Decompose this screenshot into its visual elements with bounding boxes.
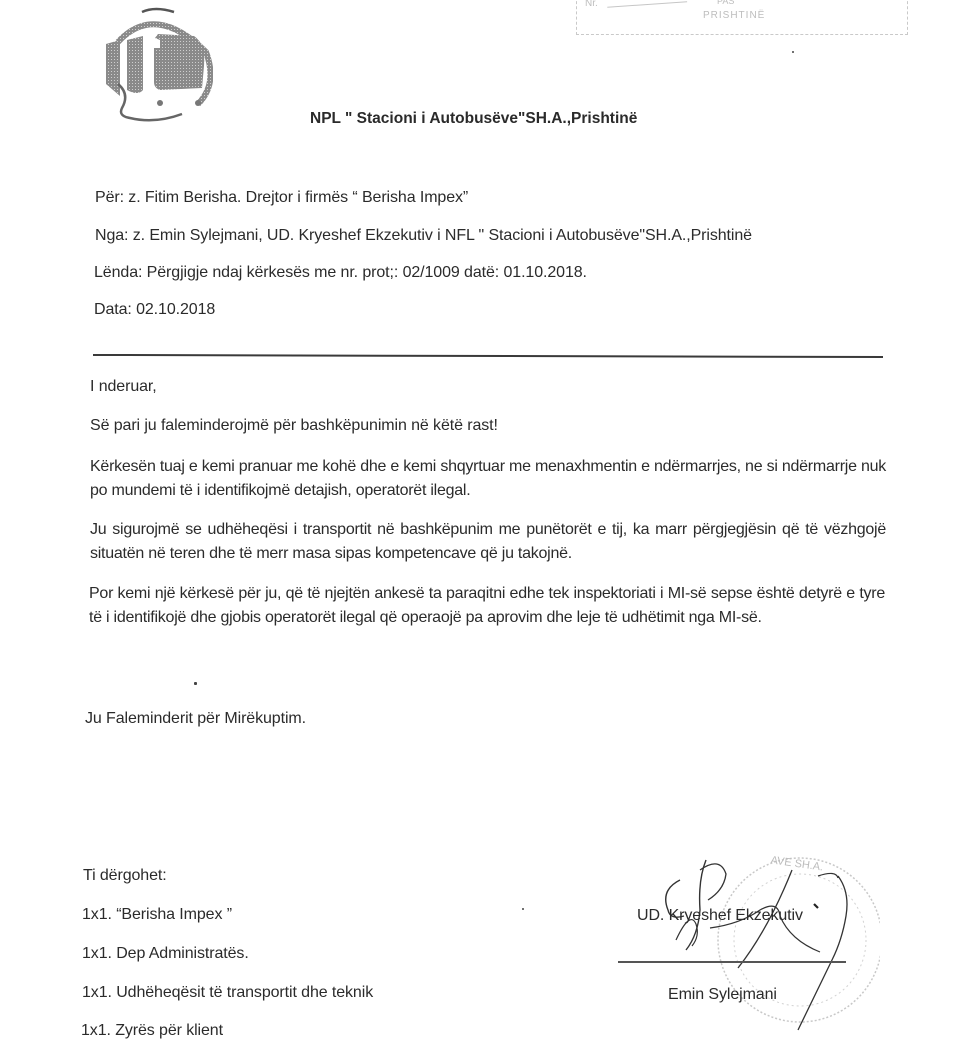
signatory-name: Emin Sylejmani — [668, 985, 777, 1005]
body-paragraph-2: Kërkesën tuaj e kemi pranuar me kohë dhe… — [90, 455, 886, 503]
body-paragraph-3: Ju sigurojmë se udhëheqësi i transportit… — [90, 518, 886, 566]
registry-city: PRISHTINË — [703, 10, 765, 21]
bus-station-logo-icon — [98, 4, 213, 124]
scan-speck — [194, 682, 197, 685]
closing-line: Ju Faleminderit për Mirëkuptim. — [85, 709, 306, 729]
distribution-item: 1x1. Udhëheqësit të transportit dhe tekn… — [82, 983, 373, 1003]
registry-handwriting — [607, 0, 687, 8]
distribution-item: 1x1. “Berisha Impex ” — [82, 905, 232, 925]
sender-line: Nga: z. Emin Sylejmani, UD. Kryeshef Ekz… — [95, 226, 752, 246]
header-separator — [93, 354, 883, 358]
svg-text:AVE SH.A.: AVE SH.A. — [770, 854, 824, 873]
signature-line — [618, 961, 846, 963]
signature-and-seal-icon: AVE SH.A. — [600, 840, 880, 1040]
registry-stamp: Nr. PAS PRISHTINË — [576, 0, 908, 35]
signatory-title: UD. Kryeshef Ekzekutiv — [637, 906, 803, 926]
distribution-item: 1x1. Zyrës për klient — [81, 1021, 223, 1041]
distribution-item: 1x1. Dep Administratës. — [82, 944, 249, 964]
body-paragraph-1: Së pari ju faleminderojmë për bashkëpuni… — [90, 416, 498, 436]
recipient-line: Për: z. Fitim Berisha. Drejtor i firmës … — [95, 188, 468, 208]
registry-number-label: Nr. — [585, 0, 598, 9]
scan-speck — [792, 51, 794, 53]
scan-speck — [522, 908, 524, 910]
salutation: I nderuar, — [90, 377, 157, 397]
organization-title: NPL " Stacioni i Autobusëve"SH.A.,Prisht… — [310, 110, 637, 128]
date-line: Data: 02.10.2018 — [94, 300, 215, 320]
registry-top-text: PAS — [717, 0, 734, 6]
distribution-heading: Ti dërgohet: — [83, 866, 167, 886]
subject-line: Lënda: Përgjigje ndaj kërkesës me nr. pr… — [94, 263, 587, 283]
body-paragraph-4: Por kemi një kërkesë për ju, që të njejt… — [89, 582, 885, 630]
